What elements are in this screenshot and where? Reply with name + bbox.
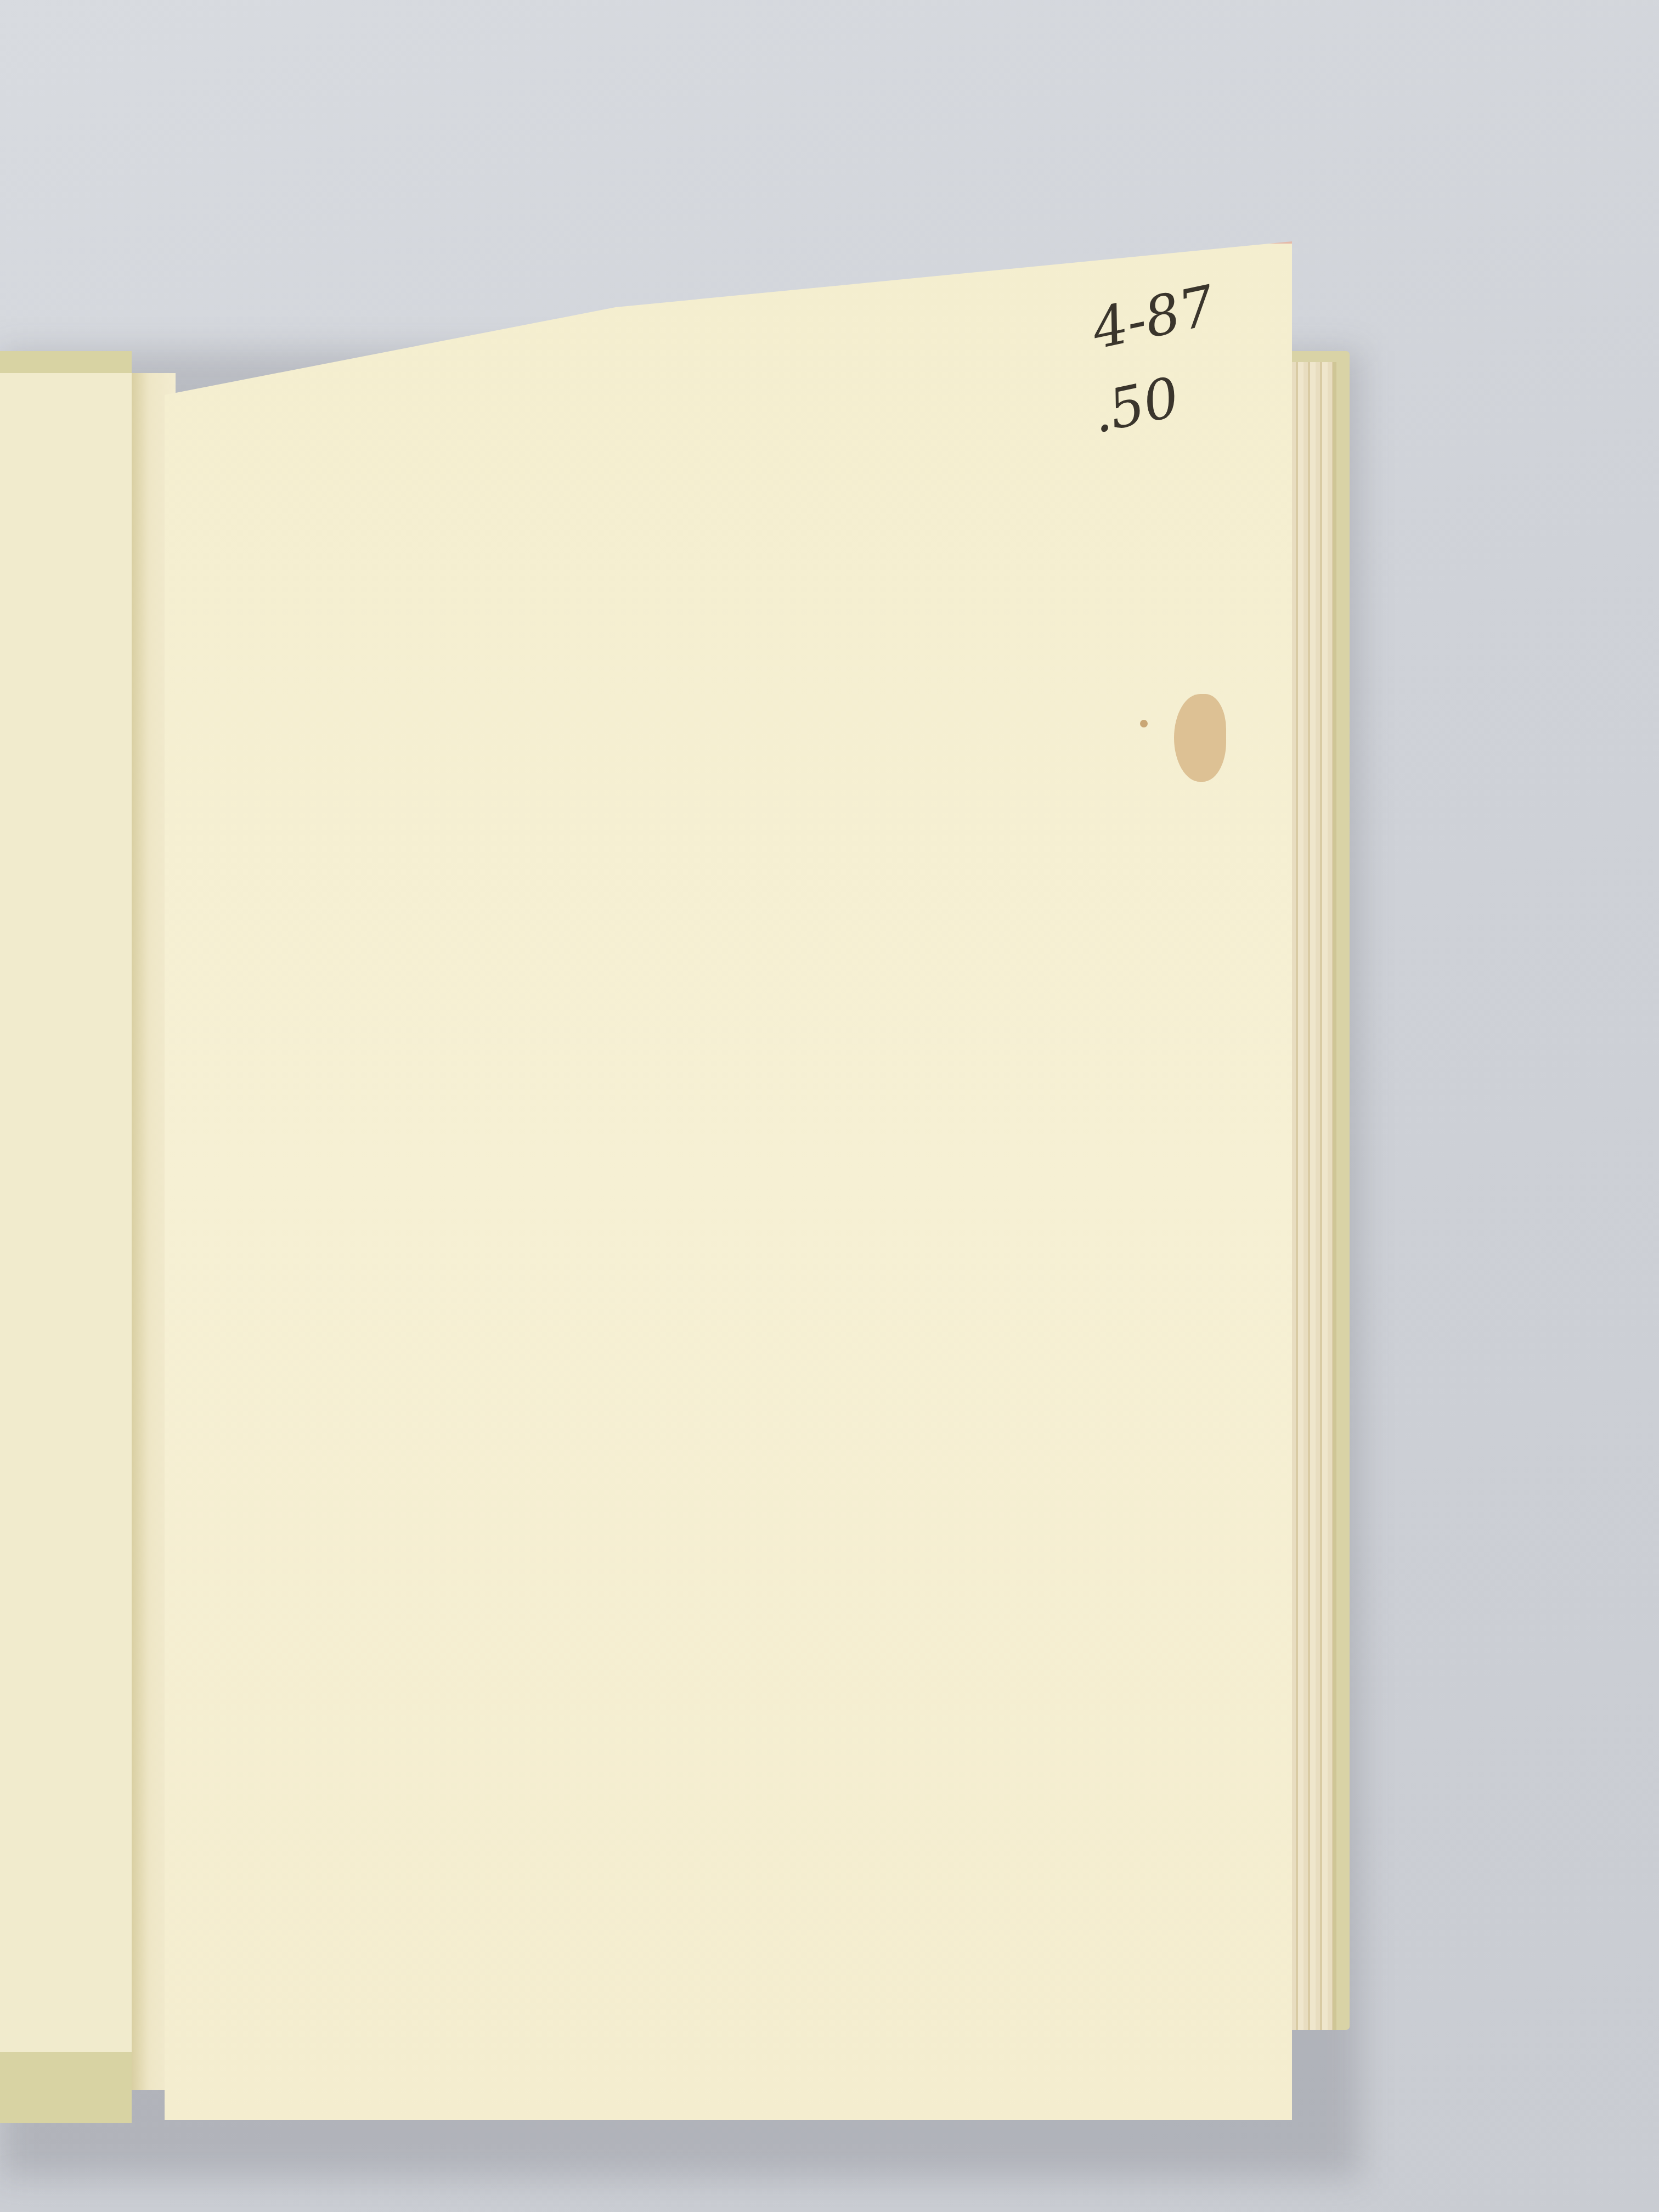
stain-dot	[1140, 720, 1148, 727]
left-endpaper	[0, 373, 132, 2052]
right-endpaper	[165, 241, 1292, 2120]
water-stain	[1174, 694, 1226, 782]
